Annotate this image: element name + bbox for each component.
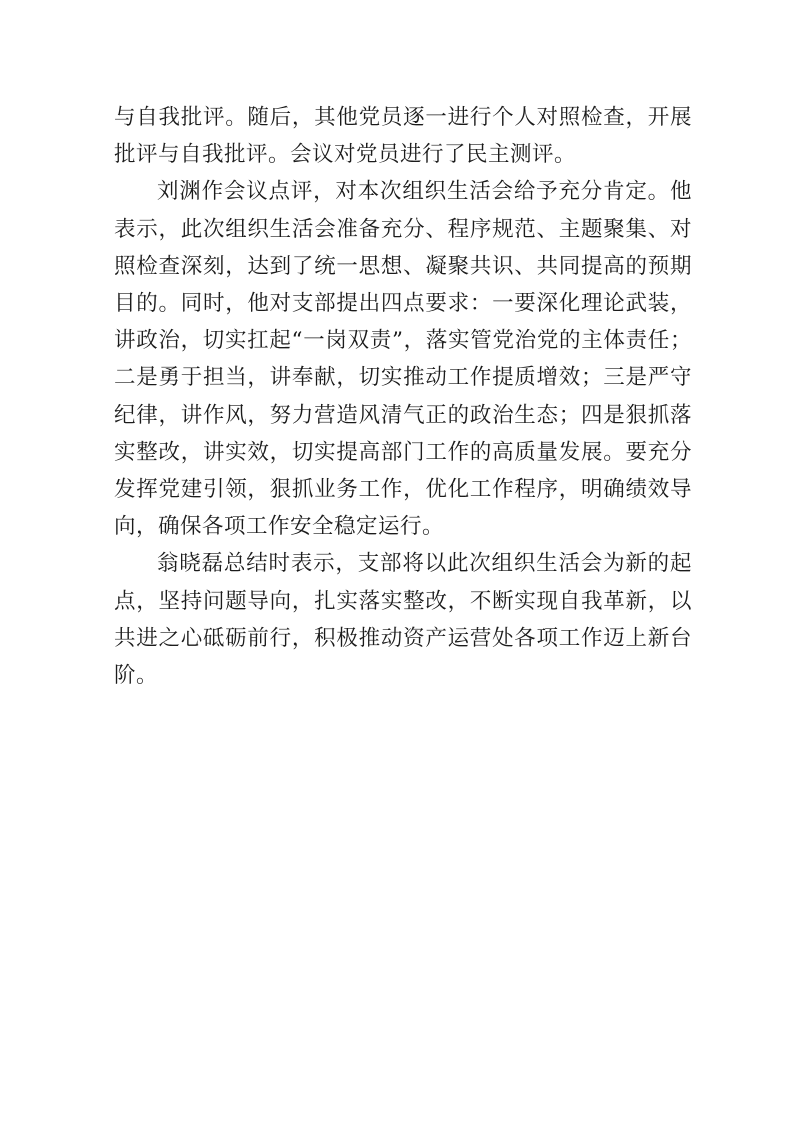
paragraph-meeting-review: 刘渊作会议点评，对本次组织生活会给予充分肯定。他表示，此次组织生活会准备充分、程… [114, 173, 692, 545]
document-body-text: 与自我批评。随后，其他党员逐一进行个人对照检查，开展批评与自我批评。会议对党员进… [114, 99, 692, 694]
document-page: 与自我批评。随后，其他党员逐一进行个人对照检查，开展批评与自我批评。会议对党员进… [0, 0, 793, 1122]
paragraph-summary: 翁晓磊总结时表示，支部将以此次组织生活会为新的起点，坚持问题导向，扎实落实整改，… [114, 545, 692, 694]
paragraph-continuation: 与自我批评。随后，其他党员逐一进行个人对照检查，开展批评与自我批评。会议对党员进… [114, 99, 692, 173]
